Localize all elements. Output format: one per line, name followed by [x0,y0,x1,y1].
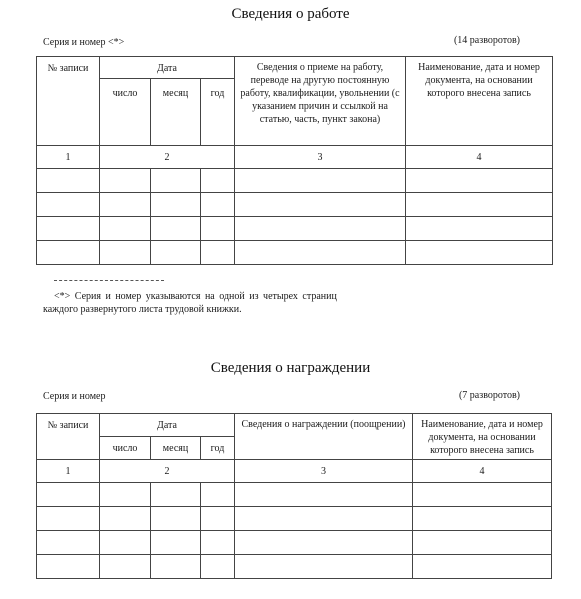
work-spreads-label: (14 разворотов) [454,35,520,46]
award-records-table: № записи Дата Сведения о награждении (по… [36,413,552,579]
work-records-table: № записи Дата Сведения о приеме на работ… [36,56,553,265]
table-row [37,507,552,531]
column-number-3: 3 [235,460,413,483]
award-spreads-label: (7 разворотов) [459,390,520,401]
cell[interactable] [151,169,201,193]
header-record-no: № записи [37,414,100,460]
cell[interactable] [201,241,235,265]
cell[interactable] [201,217,235,241]
cell[interactable] [151,217,201,241]
column-number-4: 4 [413,460,552,483]
cell[interactable] [100,193,151,217]
cell[interactable] [37,507,100,531]
header-month: месяц [151,79,201,146]
cell[interactable] [100,555,151,579]
column-number-2: 2 [100,460,235,483]
cell[interactable] [235,193,406,217]
cell[interactable] [201,193,235,217]
cell[interactable] [100,507,151,531]
column-number-2: 2 [100,146,235,169]
header-work-info: Сведения о приеме на работу, переводе на… [235,57,406,146]
cell[interactable] [100,241,151,265]
header-award-info: Сведения о награждении (поощрении) [235,414,413,460]
cell[interactable] [201,531,235,555]
cell[interactable] [406,193,553,217]
work-series-label: Серия и номер <*> [43,37,124,48]
header-day: число [100,79,151,146]
footnote-line-2: каждого развернутого листа трудовой книж… [43,303,373,316]
cell[interactable] [100,483,151,507]
header-month: месяц [151,437,201,460]
award-section-title: Сведения о награждении [0,360,581,377]
cell[interactable] [151,193,201,217]
cell[interactable] [413,483,552,507]
header-record-no: № записи [37,57,100,146]
cell[interactable] [235,483,413,507]
cell[interactable] [235,507,413,531]
table-row [37,555,552,579]
cell[interactable] [413,555,552,579]
cell[interactable] [201,483,235,507]
cell[interactable] [235,217,406,241]
cell[interactable] [37,555,100,579]
table-row [37,531,552,555]
cell[interactable] [37,531,100,555]
table-row [37,217,553,241]
header-document: Наименование, дата и номер документа, на… [406,57,553,146]
header-date: Дата [100,414,235,437]
award-series-label: Серия и номер [43,391,105,402]
cell[interactable] [37,169,100,193]
cell[interactable] [406,169,553,193]
cell[interactable] [100,531,151,555]
cell[interactable] [151,531,201,555]
column-number-4: 4 [406,146,553,169]
cell[interactable] [151,507,201,531]
column-number-1: 1 [37,146,100,169]
work-section-title: Сведения о работе [0,6,581,23]
cell[interactable] [201,555,235,579]
table-row [37,169,553,193]
column-number-3: 3 [235,146,406,169]
cell[interactable] [37,483,100,507]
cell[interactable] [100,217,151,241]
cell[interactable] [37,193,100,217]
cell[interactable] [37,241,100,265]
header-date: Дата [100,57,235,79]
cell[interactable] [406,217,553,241]
cell[interactable] [201,507,235,531]
cell[interactable] [413,507,552,531]
cell[interactable] [37,217,100,241]
cell[interactable] [201,169,235,193]
table-row [37,193,553,217]
header-year: год [201,79,235,146]
cell[interactable] [151,241,201,265]
cell[interactable] [413,531,552,555]
header-year: год [201,437,235,460]
cell[interactable] [151,555,201,579]
cell[interactable] [235,169,406,193]
table-row [37,483,552,507]
header-day: число [100,437,151,460]
cell[interactable] [100,169,151,193]
footnote-separator [54,280,164,281]
footnote: <*> Серия и номер указываются на одной и… [43,290,373,316]
cell[interactable] [235,241,406,265]
cell[interactable] [235,555,413,579]
cell[interactable] [406,241,553,265]
footnote-line-1: <*> Серия и номер указываются на одной и… [43,290,373,303]
cell[interactable] [235,531,413,555]
header-document: Наименование, дата и номер документа, на… [413,414,552,460]
column-number-1: 1 [37,460,100,483]
table-row [37,241,553,265]
cell[interactable] [151,483,201,507]
